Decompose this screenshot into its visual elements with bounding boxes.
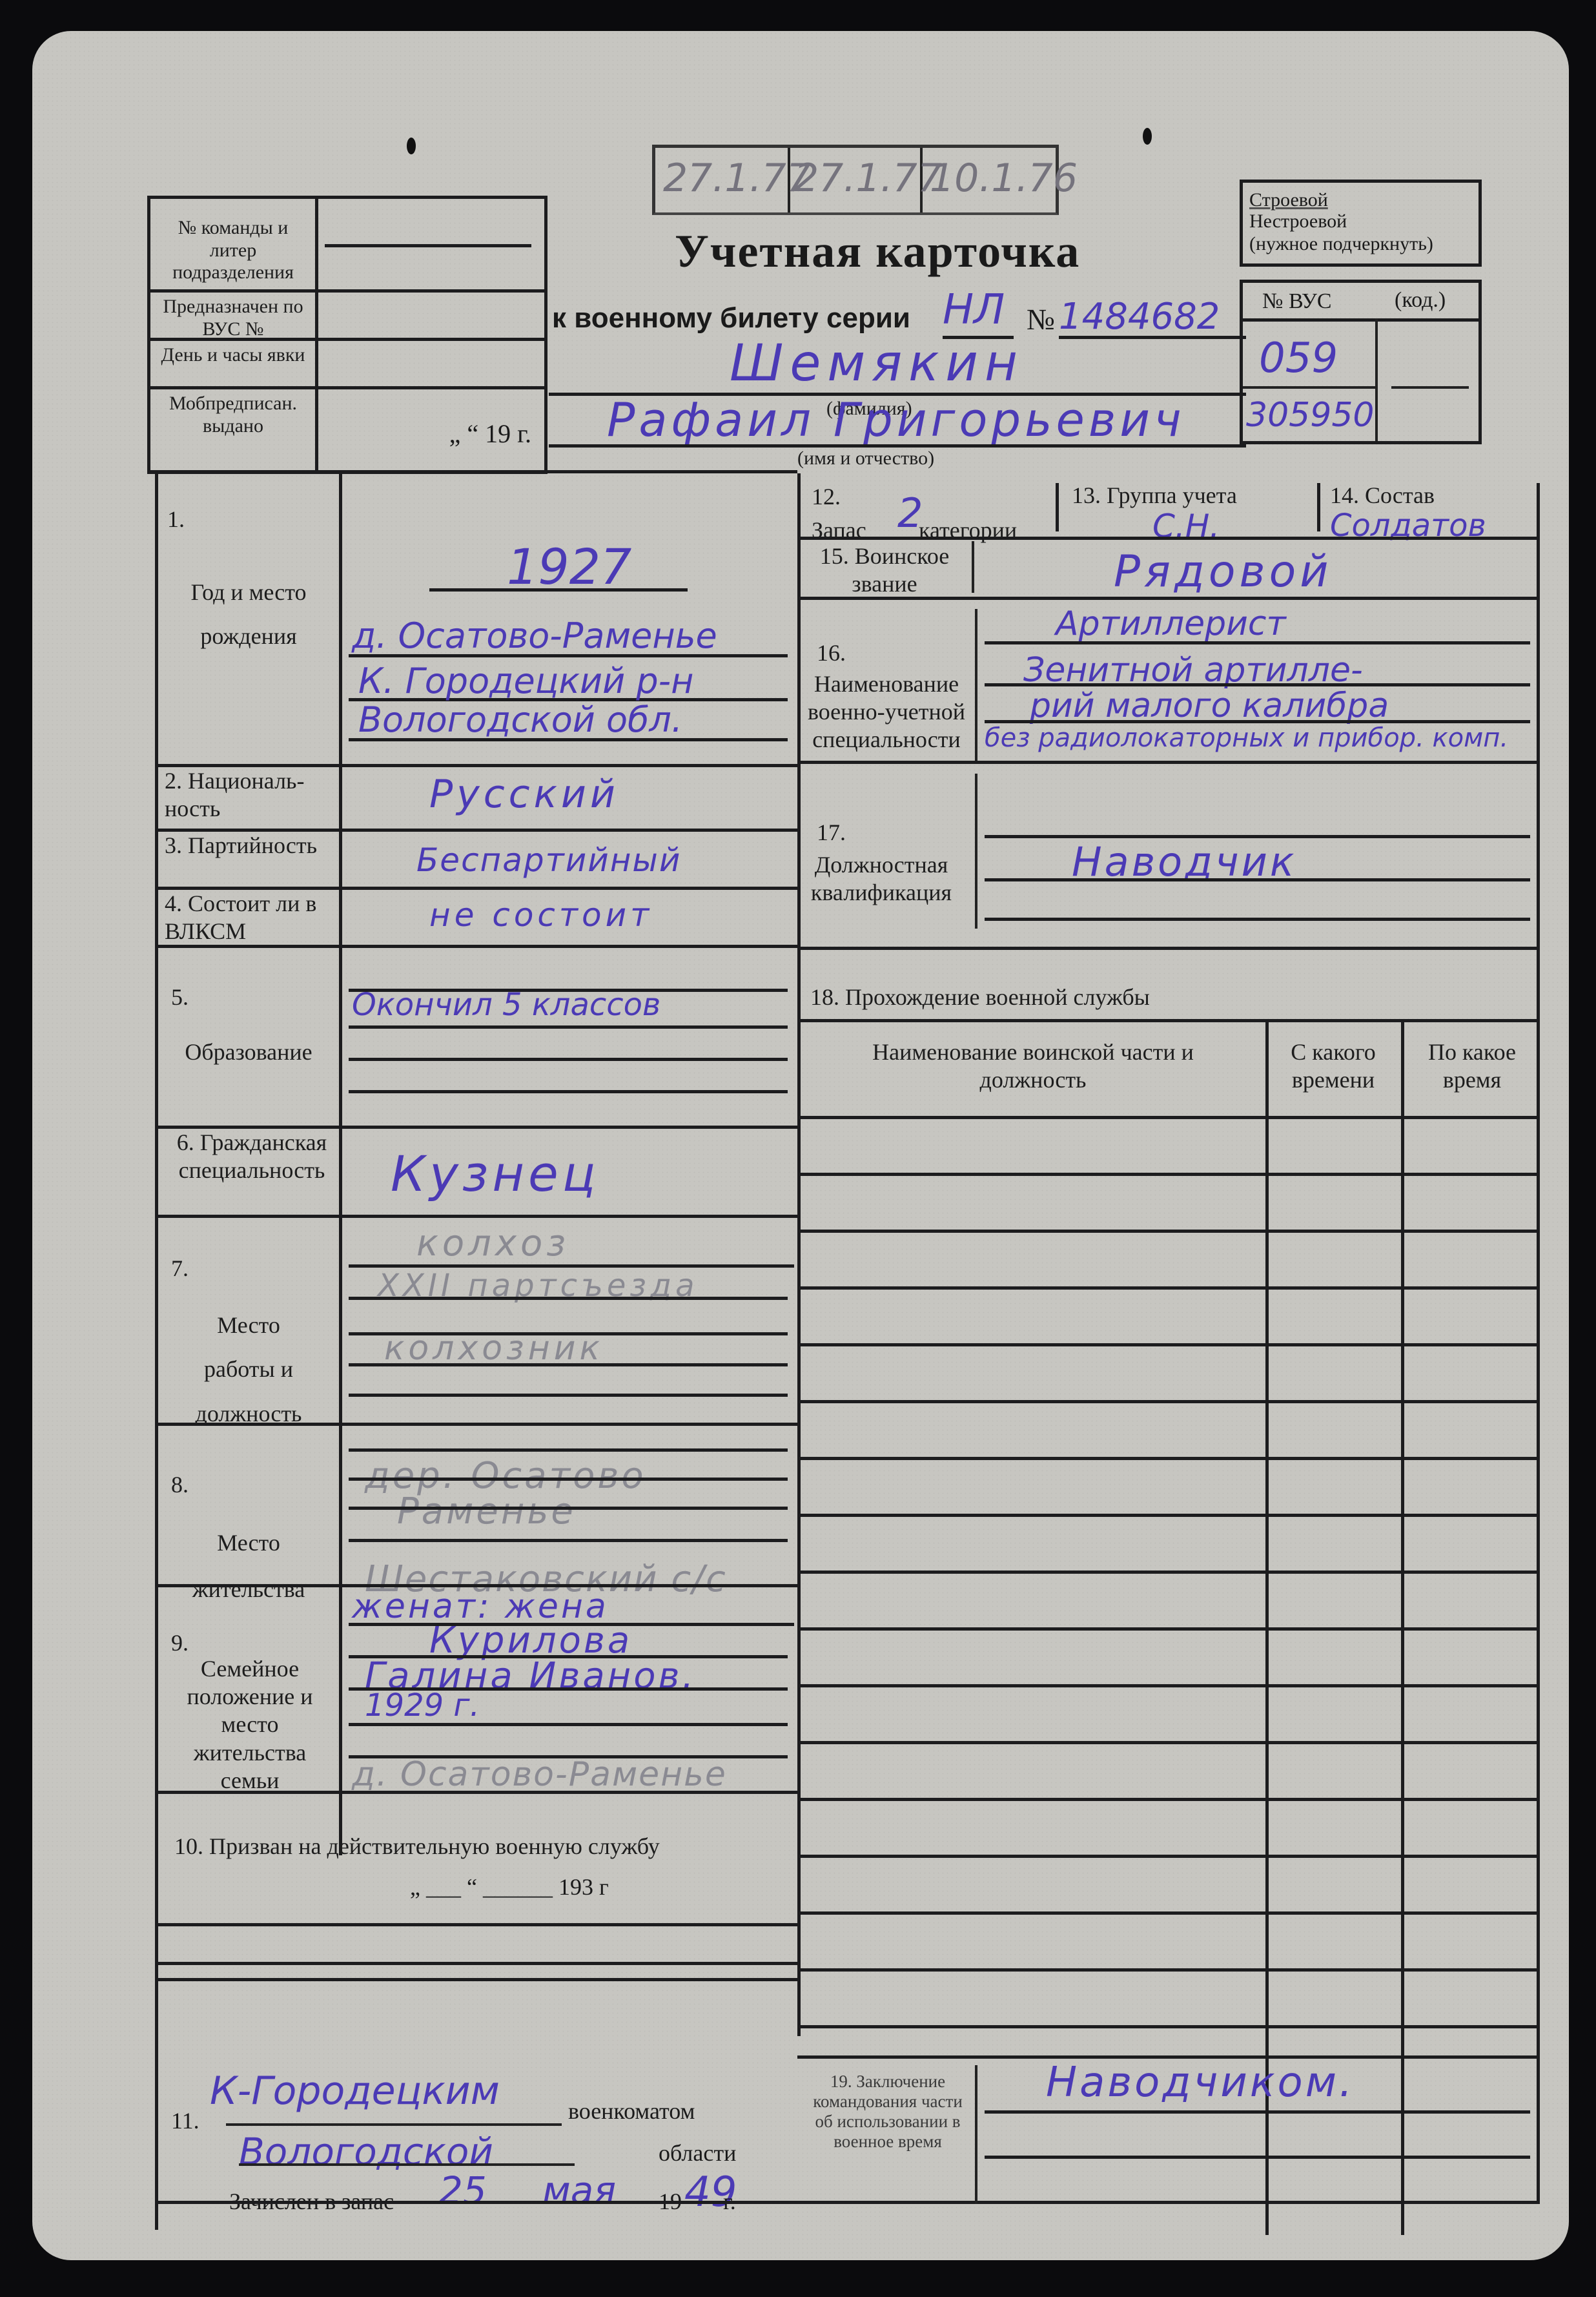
field-6-num: 6. <box>177 1129 194 1155</box>
noncombatant-option: Нестроевой <box>1249 211 1347 232</box>
punch-hole <box>1143 128 1152 145</box>
field-2-num: 2. <box>165 768 182 794</box>
name-label: (имя и отчество) <box>797 448 934 470</box>
service-table-row-line <box>797 1400 1537 1403</box>
field-2-text: Националь­ность <box>165 768 304 821</box>
service-table-row-line <box>797 1457 1537 1460</box>
stamp-date-2: 27.1.77 <box>794 156 942 201</box>
stamp-date-3: 10.1.76 <box>930 156 1078 201</box>
residence-line-2: Раменье <box>397 1490 576 1532</box>
family-line-5: д. Осатово-Раменье <box>352 1755 727 1794</box>
field-1-num: 1. <box>167 506 185 533</box>
wartime-conclusion-value: Наводчиком. <box>1046 2059 1355 2106</box>
service-table-row-line <box>797 1286 1537 1290</box>
service-rows <box>797 470 1537 2214</box>
field-5-num: 5. <box>171 984 189 1011</box>
field-4-num: 4. <box>165 891 182 916</box>
field-10-label: 10. Призван на действительную военную сл… <box>174 1817 775 1877</box>
enlisted-day: 25 <box>439 2168 487 2212</box>
birth-place-line-1: д. Осатово-Раменье <box>352 615 717 656</box>
field-6-label: 6. Граждан­ская спе­циальность <box>165 1129 339 1184</box>
field-19-label: 19. Заключение командования части об исп… <box>807 2072 968 2152</box>
right-column: 12. Запас 2 категории 13. Группа учета С… <box>797 470 1540 2204</box>
field-9-num: 9. <box>171 1629 189 1657</box>
region-value: Вологодской <box>239 2130 493 2174</box>
field-3-label: 3. Партий­ность <box>165 832 339 860</box>
service-table-row-line <box>797 1968 1537 1972</box>
field-3-num: 3. <box>165 832 182 858</box>
service-table-row-line <box>797 2025 1537 2028</box>
region-suffix: области <box>659 2139 736 2167</box>
service-table-row-line <box>797 1684 1537 1687</box>
family-line-4: 1929 г. <box>365 1687 480 1724</box>
field-5-label: Образо­вание <box>184 1029 313 1075</box>
birth-year: 1927 <box>507 538 631 595</box>
enlisted-month: мая <box>542 2168 616 2212</box>
komsomol-value: не состоит <box>429 896 653 934</box>
number-sign: № <box>1027 302 1055 336</box>
field-10-date: „ ___ “ ______ 193 г <box>410 1873 609 1900</box>
left-column: 1. Год и место рождения 1927 д. Осатово-… <box>155 470 797 2230</box>
card-title: Учетная карточка <box>675 225 1080 278</box>
field-4-label: 4. Состоит ли в ВЛКСМ <box>165 890 339 945</box>
team-number-label: № команды и литер подразделения <box>156 217 311 284</box>
appearance-time-label: День и часы явки <box>156 344 311 367</box>
kod-label: (код.) <box>1395 288 1446 313</box>
service-table-row-line <box>797 1855 1537 1858</box>
service-table-row-line <box>797 1911 1537 1915</box>
field-8-num: 8. <box>171 1471 189 1499</box>
field-6-text: Граждан­ская спе­циальность <box>179 1129 327 1183</box>
field-4-text: Состоит ли в ВЛКСМ <box>165 891 316 944</box>
ticket-number: 1484682 <box>1059 296 1220 338</box>
service-table-row-line <box>797 1116 1537 1119</box>
field-1-label: Год и место рождения <box>178 570 320 659</box>
vus-label: № ВУС <box>1262 289 1332 314</box>
service-table-row-line <box>797 1343 1537 1346</box>
vus-value: 059 <box>1259 335 1338 382</box>
mob-order-date: „ “ 19 г. <box>325 418 531 449</box>
birth-place-line-2: К. Городецкий р-н <box>358 661 693 701</box>
civil-specialty-value: Кузнец <box>391 1145 600 1202</box>
service-table-row-line <box>797 1173 1537 1176</box>
party-value: Беспартийный <box>416 841 681 879</box>
field-9-label: Семейное положение и место жительства се… <box>172 1655 327 1795</box>
service-table-row-line <box>797 1741 1537 1744</box>
service-table-row-line <box>797 1514 1537 1517</box>
workplace-line-3: колхозник <box>384 1329 604 1368</box>
service-table-row-line <box>797 1798 1537 1801</box>
subtitle-prefix: к военному билету серии <box>552 302 910 335</box>
workplace-line-1: колхоз <box>416 1222 569 1264</box>
field-11-num: 11. <box>171 2107 200 2134</box>
punch-hole <box>407 138 416 154</box>
field-8-label: Место жительства <box>178 1519 320 1612</box>
name-value: Рафаил Григорьевич <box>607 393 1185 447</box>
service-type-box: Строевой Нестроевой (нужное подчеркнуть) <box>1240 180 1482 267</box>
ticket-series: НЛ <box>943 286 1005 334</box>
underline-hint: (нужное подчеркнуть) <box>1249 233 1433 255</box>
education-value: Окончил 5 классов <box>352 987 660 1023</box>
commissariat-suffix: военкоматом <box>568 2097 695 2125</box>
vus-assigned-label: Предназначен по ВУС № <box>156 296 311 340</box>
stamp-date-1: 27.1.77 <box>663 156 811 201</box>
field-7-label: Место работы и должность <box>181 1303 316 1436</box>
field-3-text: Партий­ность <box>188 832 317 858</box>
service-table-row-line <box>797 1230 1537 1233</box>
mob-order-label: Мобпредписан. выдано <box>156 393 311 437</box>
registration-card: 27.1.77 27.1.77 10.1.76 Учетная карточка… <box>32 31 1569 2260</box>
stamp-box: 27.1.77 27.1.77 10.1.76 <box>652 145 1059 215</box>
vus-box: № ВУС (код.) 059 305950 <box>1240 280 1482 444</box>
service-table-row-line <box>797 1627 1537 1631</box>
field-7-num: 7. <box>171 1255 189 1282</box>
combatant-option: Строевой <box>1249 189 1328 211</box>
field-2-label: 2. Националь­ность <box>165 767 339 823</box>
service-table-row-line <box>797 1571 1537 1574</box>
birth-place-line-3: Вологодской обл. <box>358 699 682 740</box>
surname-value: Шемякин <box>730 335 1024 393</box>
nationality-value: Русский <box>429 772 619 817</box>
vus-sub-value: 305950 <box>1246 396 1375 435</box>
commissariat-value: К-Городецким <box>210 2068 500 2114</box>
top-left-box: № команды и литер подразделения Предназн… <box>147 196 547 474</box>
